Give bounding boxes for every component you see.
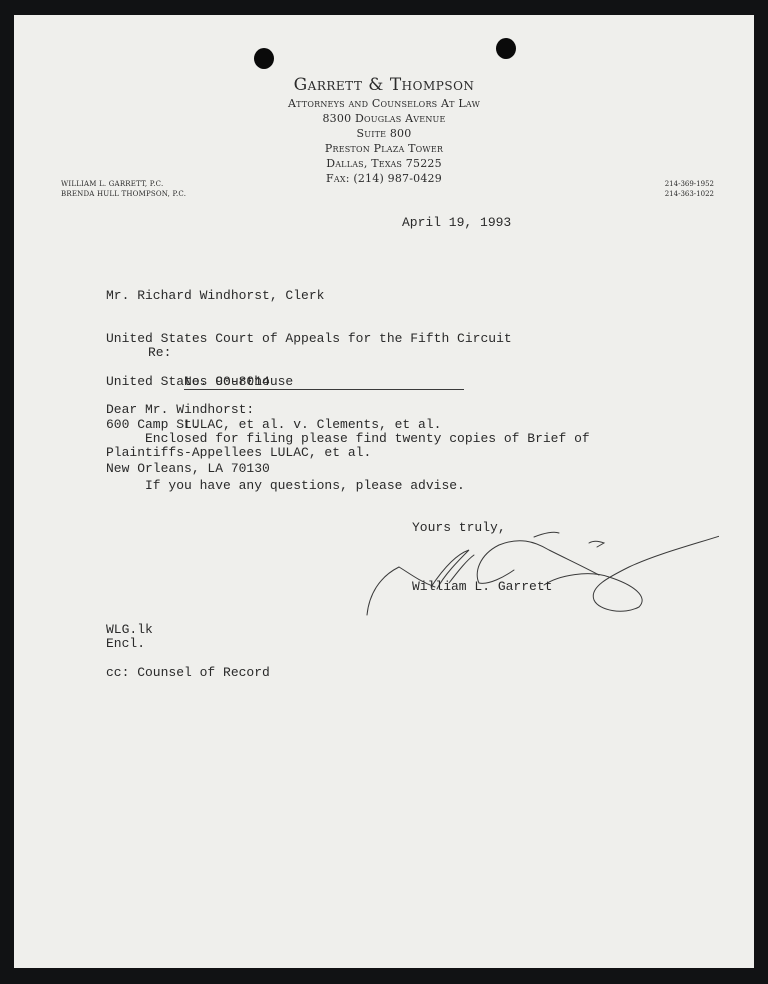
phone-number: 214-369-1952 [665, 179, 714, 189]
partner-name: William L. Garrett, P.C. [61, 179, 186, 189]
address-line: Preston Plaza Tower [14, 141, 754, 156]
signer-name: William L. Garrett [412, 580, 552, 594]
letter-date: April 19, 1993 [402, 216, 511, 230]
letterhead-address: Attorneys and Counselors At Law 8300 Dou… [14, 96, 754, 186]
body-paragraph: Enclosed for filing please find twenty c… [106, 432, 590, 461]
body-paragraph: If you have any questions, please advise… [106, 479, 465, 493]
partner-name: Brenda Hull Thompson, P.C. [61, 189, 186, 199]
re-label: Re: [148, 346, 171, 360]
salutation: Dear Mr. Windhorst: [106, 403, 254, 417]
phone-number: 214-363-1022 [665, 189, 714, 199]
firm-name: Garrett & Thompson [14, 75, 754, 95]
enclosure-note: Encl. [106, 637, 145, 651]
re-underline [184, 389, 464, 390]
firm-tagline: Attorneys and Counselors At Law [14, 96, 754, 111]
case-number: No. 90-8014 [184, 375, 441, 389]
recipient-line: Mr. Richard Windhorst, Clerk [106, 289, 512, 303]
address-line: 8300 Douglas Avenue [14, 111, 754, 126]
signature [359, 515, 719, 625]
partners-list: William L. Garrett, P.C. Brenda Hull Tho… [61, 179, 186, 199]
phone-list: 214-369-1952 214-363-1022 [665, 179, 714, 199]
punch-hole [496, 38, 516, 59]
address-line: Dallas, Texas 75225 [14, 156, 754, 171]
punch-hole [254, 48, 274, 69]
address-line: Suite 800 [14, 126, 754, 141]
recipient-line: New Orleans, LA 70130 [106, 462, 512, 476]
letter-page: Garrett & Thompson Attorneys and Counsel… [14, 15, 754, 968]
cc-line: cc: Counsel of Record [106, 666, 270, 680]
